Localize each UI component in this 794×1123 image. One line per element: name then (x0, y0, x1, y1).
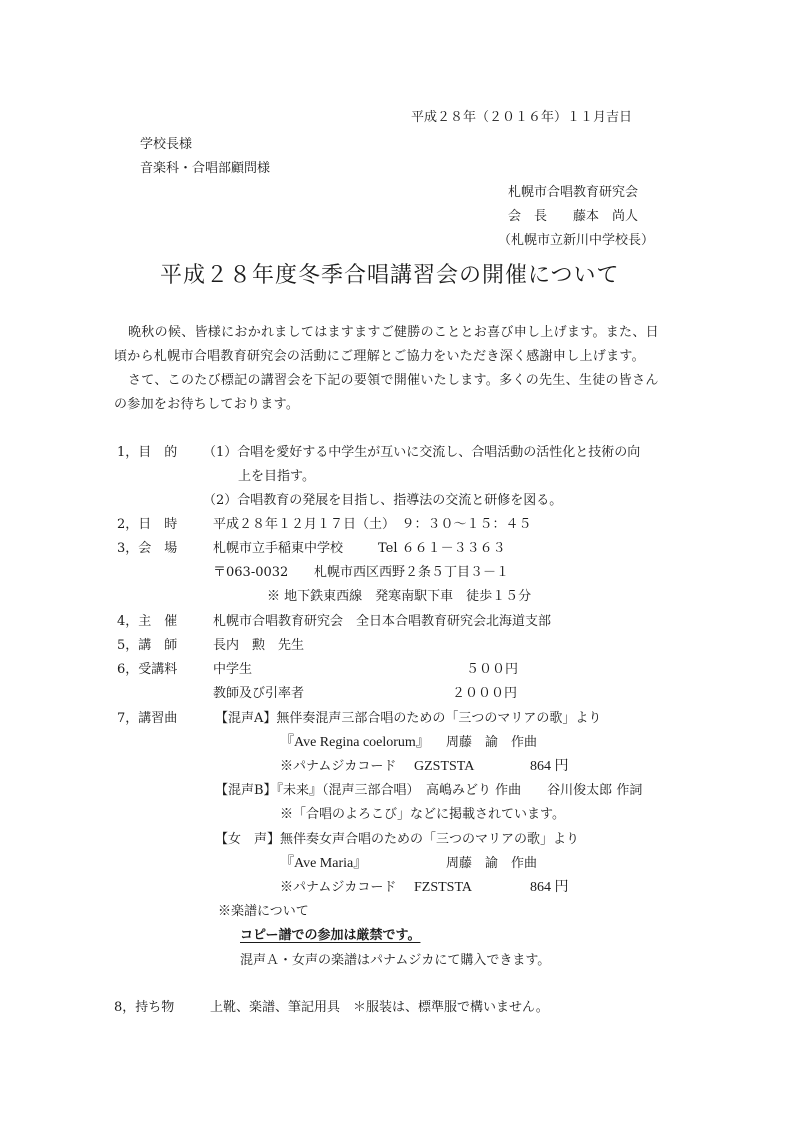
song-mixed-a-code-label: ※パナムジカコード (280, 759, 396, 775)
venue-postal: 〒063-0032 (213, 565, 288, 581)
score-note-heading: ※楽譜について (218, 904, 309, 920)
intro-p2-line1: さて、このたび標記の講習会を下記の要領で開催いたします。多くの先生、生徒の皆さん (128, 373, 659, 389)
venue-tel: Tel ６６１－３３６３ (378, 541, 506, 557)
datetime-value: 平成２８年１２月１７日（土） ９：３０～１５：４５ (213, 517, 532, 533)
song-mixed-a-heading: 【混声A】無伴奏混声三部合唱のための「三つのマリアの歌」より (215, 711, 601, 727)
fee-amount-teacher: ２０００円 (452, 686, 517, 702)
song-mixed-b-note: ※「合唱のよろこび」などに掲載されています。 (280, 807, 565, 823)
recipient-principal: 学校長様 (140, 137, 192, 153)
purpose-1-line1: （1）合唱を愛好する中学生が互いに交流し、合唱活動の活性化と技術の向 (203, 445, 640, 461)
intro-p1-line2: 頃から札幌市合唱教育研究会の活動にご理解とご協力をいただき深く感謝申し上げます。 (114, 349, 645, 365)
belongings-label: 8，持ち物 (114, 1000, 174, 1016)
song-female-composer: 周藤 諭 作曲 (446, 856, 537, 872)
venue-label: 3，会 場 (117, 541, 177, 557)
songs-label: 7，講習曲 (117, 711, 177, 727)
venue-name: 札幌市立手稲東中学校 (213, 541, 343, 557)
fee-category-teacher: 教師及び引率者 (213, 686, 304, 702)
belongings-value: 上靴、楽譜、筆記用具 ＊服装は、標準服で構いません。 (210, 1000, 549, 1016)
purpose-2: （2）合唱教育の発展を目指し、指導法の交流と研修を図る。 (203, 493, 562, 509)
intro-p2-line2: の参加をお待ちしております。 (114, 397, 299, 413)
song-mixed-a-code: GZSTSTA (414, 759, 474, 775)
organizer-label: 4，主 催 (117, 614, 177, 630)
venue-access: ※ 地下鉄東西線 発寒南駅下車 徒歩１５分 (267, 589, 531, 605)
song-mixed-a-composer: 周藤 諭 作曲 (446, 735, 537, 751)
sender-organization: 札幌市合唱教育研究会 (508, 185, 638, 201)
fee-label: 6，受講料 (117, 662, 177, 678)
score-copy-warning: コピー譜での参加は厳禁です。 (240, 928, 420, 944)
sender-affiliation: （札幌市立新川中学校長） (498, 233, 654, 249)
song-female-code: FZSTSTA (414, 880, 472, 896)
score-purchase-info: 混声Ａ・女声の楽譜はパナムジカにて購入できます。 (240, 953, 550, 969)
fee-amount-student: ５００円 (466, 662, 518, 678)
song-female-heading: 【女 声】無伴奏女声合唱のための「三つのマリアの歌」より (215, 832, 579, 848)
intro-p1-line1: 晩秋の候、皆様におかれましてはますますご健勝のこととお喜び申し上げます。また、日 (128, 325, 659, 341)
instructor-label: 5，講 師 (117, 638, 177, 654)
song-mixed-a-price: 864 円 (530, 759, 569, 775)
document-title: 平成２８年度冬季合唱講習会の開催について (160, 262, 620, 290)
purpose-label: 1，目 的 (117, 445, 177, 461)
purpose-1-line2: 上を目指す。 (238, 469, 315, 485)
sender-title-name: 会 長 藤本 尚人 (508, 209, 638, 225)
song-female-code-label: ※パナムジカコード (280, 880, 396, 896)
song-female-title: 『Ave Maria』 (280, 856, 367, 872)
recipient-music-teacher: 音楽科・合唱部顧問様 (140, 161, 270, 177)
song-female-price: 864 円 (530, 880, 569, 896)
document-date: 平成２８年（２０１６年）１１月吉日 (411, 110, 632, 126)
venue-address: 札幌市西区西野２条５丁目３－１ (314, 565, 509, 581)
song-mixed-a-title: 『Ave Regina coelorum』 (280, 735, 430, 751)
datetime-label: 2，日 時 (117, 517, 177, 533)
instructor-value: 長内 勲 先生 (213, 638, 304, 654)
fee-category-student: 中学生 (213, 662, 252, 678)
song-mixed-b-heading: 【混声B】『未来』（混声三部合唱） 高嶋みどり 作曲 谷川俊太郎 作詞 (215, 783, 642, 799)
organizer-value: 札幌市合唱教育研究会 全日本合唱教育研究会北海道支部 (213, 614, 551, 630)
